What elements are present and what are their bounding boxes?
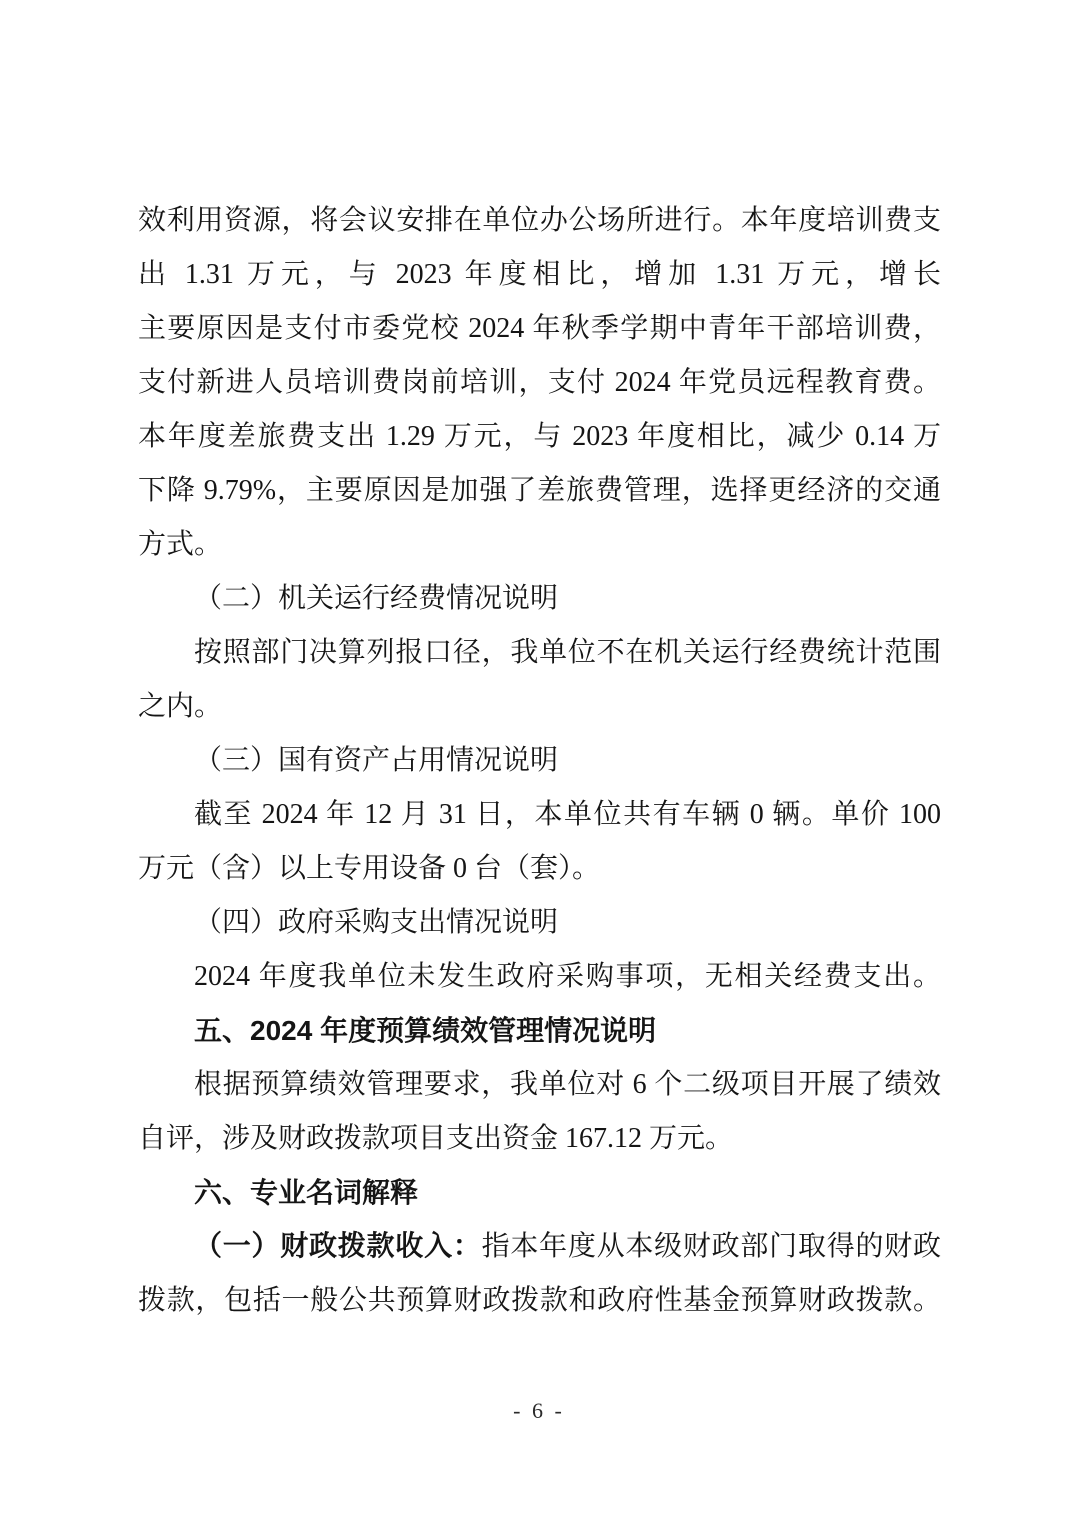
text-line: 之内。 [138,680,941,734]
term-definition: 指本年度从本级财政部门取得的财政 [482,1231,941,1262]
text-line: 支付新进人员培训费岗前培训，支付 2024 年党员远程教育费。 [138,356,941,410]
text-line: 根据预算绩效管理要求，我单位对 6 个二级项目开展了绩效 [138,1058,941,1112]
text-line: 出 1.31 万元，与 2023 年度相比，增加 1.31 万元，增长 100.… [138,248,941,302]
text-line: 效利用资源，将会议安排在单位办公场所进行。本年度培训费支 [138,194,941,248]
page-number: - 6 - [513,1398,562,1423]
text-line: 万元（含）以上专用设备 0 台（套）。 [138,842,941,896]
section-heading: 六、专业名词解释 [138,1166,941,1220]
text-line: 方式。 [138,518,941,572]
text-line: 截至 2024 年 12 月 31 日，本单位共有车辆 0 辆。单价 100 [138,788,941,842]
subsection-heading: （三）国有资产占用情况说明 [138,734,941,788]
subsection-heading: （四）政府采购支出情况说明 [138,896,941,950]
text-line: 主要原因是支付市委党校 2024 年秋季学期中青年干部培训费， [138,302,941,356]
page-footer: - 6 - [0,1396,1075,1426]
text-line: 拨款，包括一般公共预算财政拨款和政府性基金预算财政拨款。 [138,1274,941,1328]
term-label: （一）财政拨款收入： [194,1231,482,1262]
text-line: 自评，涉及财政拨款项目支出资金 167.12 万元。 [138,1112,941,1166]
text-line: 本年度差旅费支出 1.29 万元，与 2023 年度相比，减少 0.14 万元， [138,410,941,464]
section-heading: 五、2024 年度预算绩效管理情况说明 [138,1004,941,1058]
text-line: 2024 年度我单位未发生政府采购事项，无相关经费支出。 [138,950,941,1004]
subsection-heading: （二）机关运行经费情况说明 [138,572,941,626]
document-body: 效利用资源，将会议安排在单位办公场所进行。本年度培训费支出 1.31 万元，与 … [138,194,941,1328]
text-line: （一）财政拨款收入：指本年度从本级财政部门取得的财政 [138,1220,941,1274]
text-line: 下降 9.79%，主要原因是加强了差旅费管理，选择更经济的交通 [138,464,941,518]
text-line: 按照部门决算列报口径，我单位不在机关运行经费统计范围 [138,626,941,680]
document-page: 效利用资源，将会议安排在单位办公场所进行。本年度培训费支出 1.31 万元，与 … [0,0,1075,1520]
